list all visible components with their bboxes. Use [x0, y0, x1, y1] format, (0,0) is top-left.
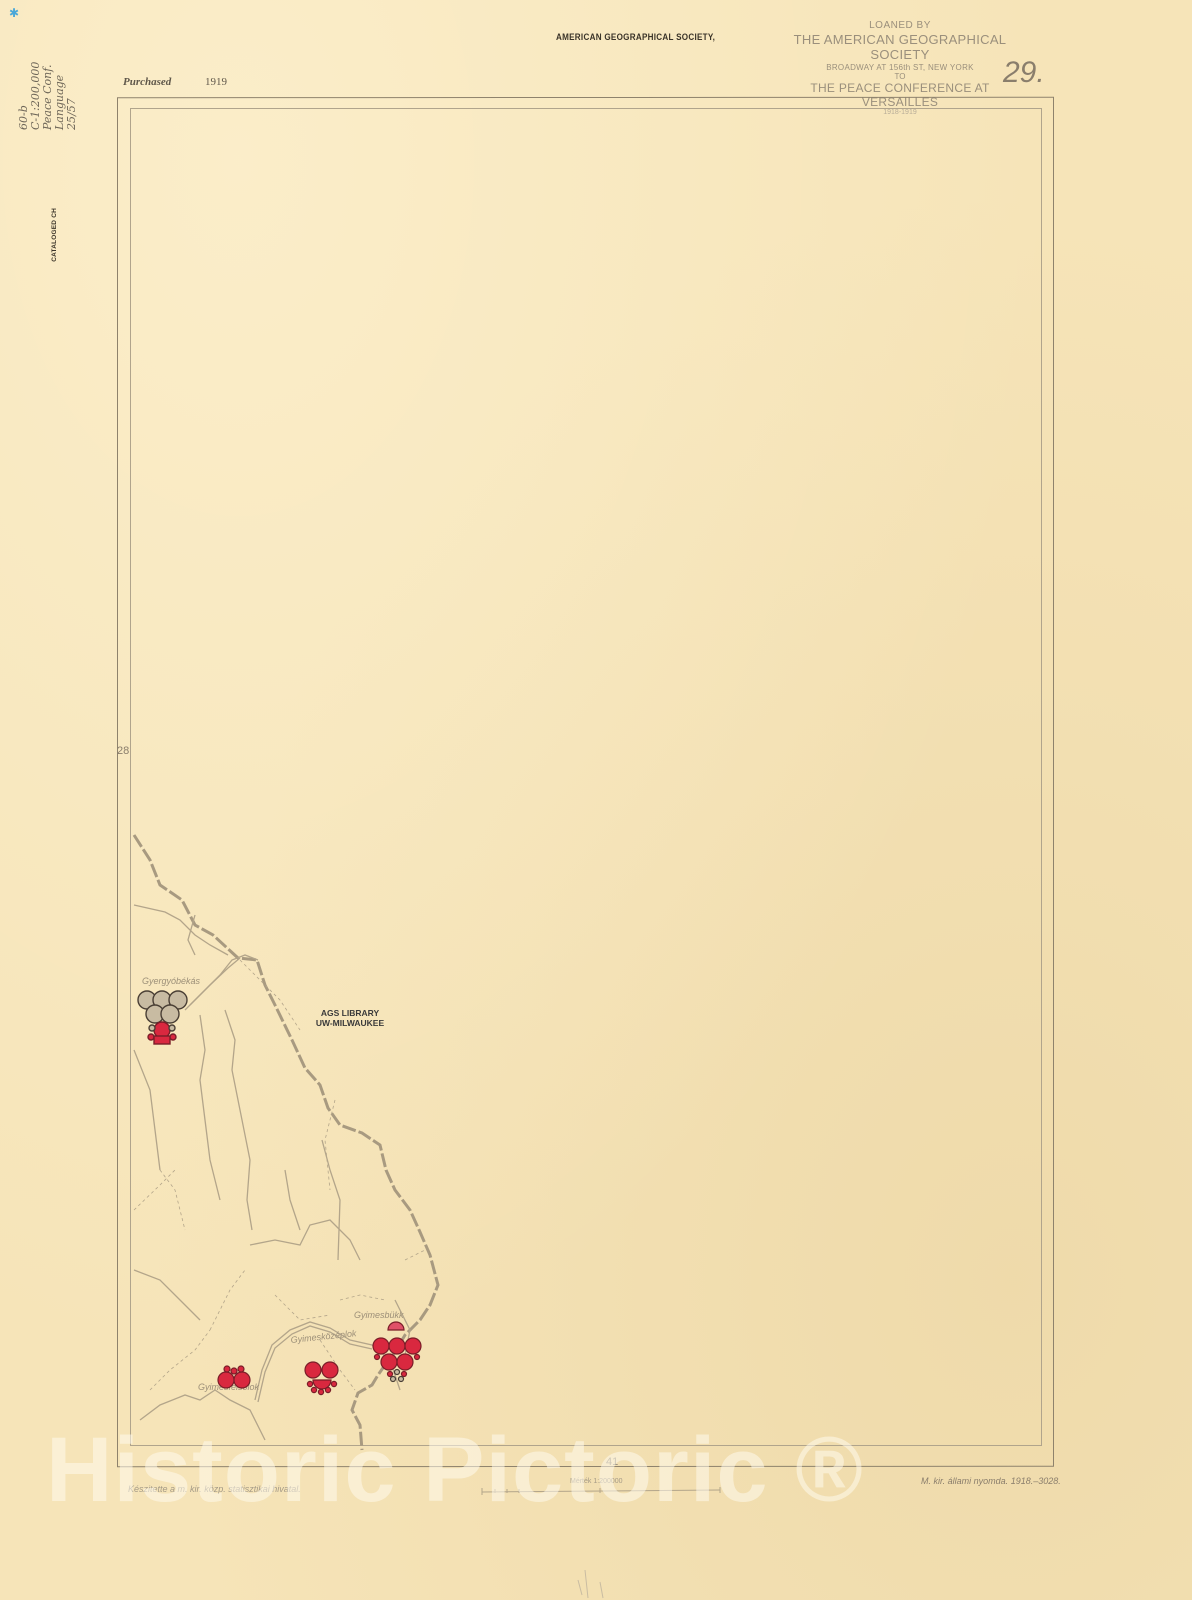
river [134, 905, 228, 955]
stream [250, 1220, 360, 1260]
stream [134, 1050, 160, 1170]
pencil-mark [578, 1570, 603, 1598]
language-symbol-cluster-gyergyobekas [138, 991, 187, 1044]
stream [200, 1015, 220, 1200]
language-symbol-cluster-gyimeskozeplok [305, 1362, 338, 1395]
stream [134, 1270, 200, 1320]
river [190, 955, 258, 1005]
stream [225, 1010, 252, 1230]
map-content: Gyergyóbékás Gyimesbükk Gyimesközéplok G… [0, 0, 1192, 1600]
stream [322, 1140, 340, 1260]
footer-printer-credit: M. kir. állami nyomda. 1918.–3028. [921, 1476, 1061, 1486]
library-stamp-line: UW-MILWAUKEE [305, 1018, 395, 1028]
place-label-gyergyobekas: Gyergyóbékás [142, 976, 201, 986]
library-stamp: AGS LIBRARY UW-MILWAUKEE [305, 1008, 395, 1028]
watermark: Historic Pictoric ® [46, 1418, 864, 1523]
library-stamp-line: AGS LIBRARY [305, 1008, 395, 1018]
stream [285, 1170, 300, 1230]
place-label-gyimesbukk: Gyimesbükk [354, 1310, 404, 1320]
